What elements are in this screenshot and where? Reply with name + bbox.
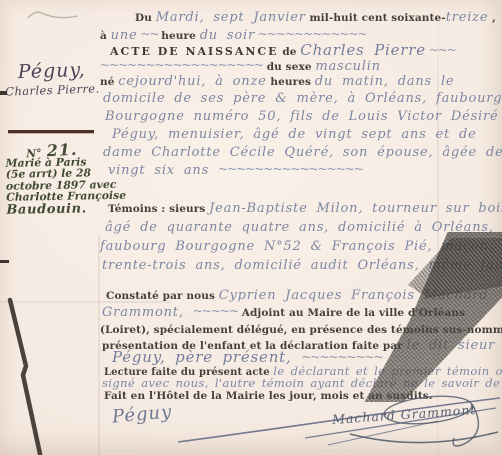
edge-ink-tick [0,91,7,95]
printed-text: , [488,12,496,24]
body-line: Péguy, menuisier, âgé de vingt sept ans … [112,125,477,142]
printed-text: heures [267,76,315,88]
handwritten-text: une [111,28,138,43]
printed-text: Fait en l'Hôtel de la Mairie les jour, m… [104,390,433,402]
printed-text: Du [135,12,156,24]
handwritten-text: le dit sieur [407,338,496,353]
pen-flourish: ~~~~~~~~~~~~~~~~ [218,162,363,176]
printed-text: heure [161,30,199,42]
handwritten-text: vingt six ans [108,163,218,178]
margin-given-names: Charles Pierre. [0,81,104,99]
printed-text: (Loiret), spécialement délégué, en prése… [100,324,502,336]
pen-flourish: ~~~~~~~~~~~~~~~~~~ [100,58,263,72]
body-line: faubourg Bourgogne N°52 & François Pié, … [100,237,502,254]
scanned-birth-certificate: Péguy, Charles Pierre. N° 21. Marié à Pa… [0,0,502,455]
fold-crease-line [0,292,60,455]
printed-text: à [100,30,111,42]
handwritten-text: dame Charlotte Cécile Quéré, son épouse,… [103,145,502,160]
handwritten-text: Mardi, sept Janvier [156,10,306,25]
stray-pen-mark [22,4,92,28]
handwritten-text: Péguy, menuisier, âgé de vingt sept ans … [112,127,477,142]
body-line: trente-trois ans, domicilié audit Orléan… [102,256,502,273]
margin-surname: Péguy, [0,58,104,84]
body-line: Témoins : sieurs Jean-Baptiste Milon, to… [108,199,502,217]
pen-flourish: ~~ [138,27,162,41]
margin-registrant-name: Péguy, Charles Pierre. [0,58,105,99]
margin-marriage-note: Marié à Paris(5e arrt) le 28octobre 1897… [1,156,102,216]
handwritten-text: faubourg Bourgogne N°52 & François Pié, … [100,239,502,254]
printed-text: Témoins : sieurs [108,203,209,215]
body-line: âgé de quarante quatre ans, domicilié à … [105,218,494,235]
margin-note-line: Baudouin. [2,202,102,217]
margin-divider-rule [8,130,94,133]
edge-ink-tick [0,260,9,263]
body-line: domicile de ses père & mère, à Orléans, … [103,89,502,106]
body-line: Bourgogne numéro 50, fils de Louis Victo… [105,107,499,124]
body-line: Fait en l'Hôtel de la Mairie les jour, m… [104,386,433,404]
handwritten-text: Grammont, [102,305,193,320]
handwritten-text: trente-trois ans, domicilié audit Orléan… [102,258,502,273]
body-line: Grammont, ~~~~~ Adjoint au Maire de la v… [102,303,465,321]
body-line: Du Mardi, sept Janvier mil-huit cent soi… [135,8,496,26]
pen-flourish: ~~~ [426,43,456,57]
printed-text: mil-huit cent soixante- [306,12,446,24]
pen-flourish: ~~~~~~~~~~~~ [255,27,366,41]
act-body-text: Du Mardi, sept Janvier mil-huit cent soi… [100,0,502,455]
handwritten-text: du matin, dans le [315,74,455,89]
printed-text: né [100,76,118,88]
handwritten-text: domicile de ses père & mère, à Orléans, … [103,91,502,106]
printed-text: Constaté par nous [106,290,219,302]
handwritten-text: Bourgogne numéro 50, fils de Louis Victo… [105,109,499,124]
body-line: né cejourd'hui, à onze heures du matin, … [100,72,454,90]
printed-text: Adjoint au Maire de la ville d'Orléans [238,307,465,319]
handwritten-text: du soir [200,28,255,43]
body-line: dame Charlotte Cécile Quéré, son épouse,… [103,143,502,160]
handwritten-text: cejourd'hui, à onze [118,74,266,89]
pen-flourish: ~~~~~ [193,304,238,318]
body-line: Constaté par nous Cyprien Jacques Franço… [106,286,488,304]
handwritten-text: Cyprien Jacques François Machard [219,288,489,303]
body-line: vingt six ans ~~~~~~~~~~~~~~~~ [108,161,363,178]
handwritten-text: âgé de quarante quatre ans, domicilié à … [105,220,494,235]
handwritten-text: Jean-Baptiste Milon, tourneur sur bois, [209,201,502,216]
handwritten-text: treize [446,10,489,25]
